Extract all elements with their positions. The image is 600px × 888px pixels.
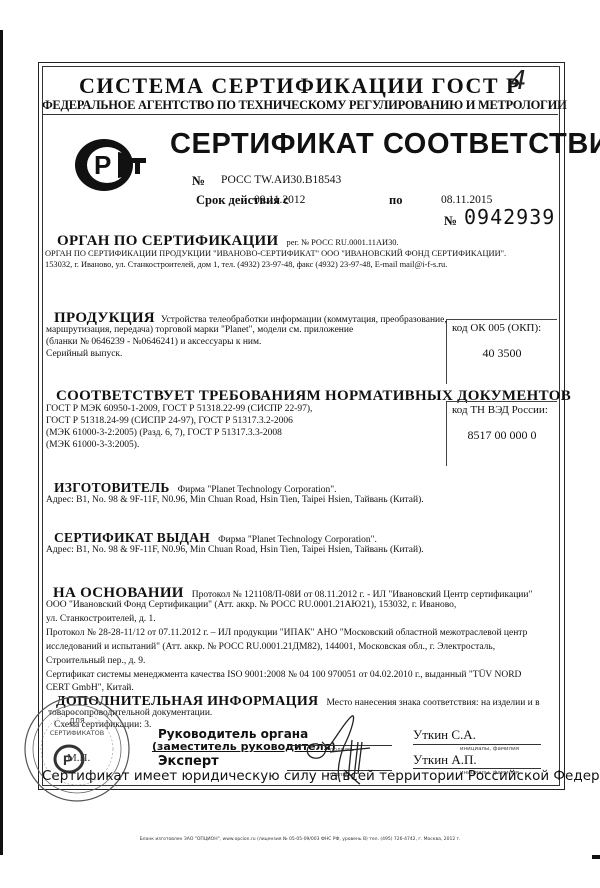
valid-to-label: по [389, 193, 402, 208]
compliance-line-3: (МЭК 61000-3-3:2005). [46, 439, 139, 451]
okp-code-value: 40 3500 [447, 346, 557, 361]
svg-text:ДЛЯ: ДЛЯ [69, 717, 85, 725]
additional-first-line: Место нанесения знака соответствия: на и… [326, 698, 539, 708]
product-line-3: Серийный выпуск. [46, 348, 122, 360]
scan-edge-right [592, 855, 600, 859]
basis-line-0: ООО "Ивановский Фонд Сертификации" (Атт.… [46, 599, 456, 611]
product-line-1: маршрутизация, передача) торговой марки … [46, 324, 353, 336]
header-divider [42, 114, 558, 115]
basis-line-3: исследований и испытаний" (Атт. аккр. № … [46, 641, 495, 653]
svg-text:Р: Р [94, 150, 111, 180]
rst-logo-icon: Р [74, 138, 148, 192]
certificate-number-label: № [192, 173, 205, 189]
issued-to-address: Адрес: B1, No. 98 & 9F-11F, N0.96, Min C… [46, 544, 424, 556]
certificate-number: РОСС TW.АИ30.В18543 [221, 174, 341, 186]
compliance-line-0: ГОСТ Р МЭК 60950-1-2009, ГОСТ Р 51318.22… [46, 403, 312, 415]
agency-name: ФЕДЕРАЛЬНОЕ АГЕНТСТВО ПО ТЕХНИЧЕСКОМУ РЕ… [42, 98, 558, 113]
expert-label: Эксперт [158, 754, 219, 769]
blank-number: 0942939 [464, 205, 555, 229]
valid-from: 09.11.2012 [254, 194, 305, 206]
tnved-code-value: 8517 00 000 0 [447, 428, 557, 443]
scan-edge-left [0, 30, 3, 855]
certification-body-name: ОРГАН ПО СЕРТИФИКАЦИИ ПРОДУКЦИИ "ИВАНОВО… [45, 248, 506, 259]
issued-to-title: СЕРТИФИКАТ ВЫДАН [54, 530, 210, 545]
printer-note: Бланк изготовлен ЗАО "ОПЦИОН", www.opcio… [0, 837, 600, 842]
certification-body-address: 153032, г. Иваново, ул. Станкостроителей… [45, 259, 447, 270]
basis-line-1: ул. Станкостроителей, д. 1. [46, 613, 156, 625]
stamp-label: М.П. [67, 752, 90, 764]
handwritten-mark: 4 [510, 66, 527, 96]
certification-body-reg: рег. № РОСС RU.0001.11АИ30. [287, 238, 399, 247]
basis-line-4: Строительный пер., д. 9. [46, 655, 145, 667]
expert-name: Уткин А.П. [413, 752, 477, 768]
product-line-2: (бланки № 0646239 - №0646241) и аксессуа… [46, 336, 261, 348]
basis-line-5: Сертификат системы менеджмента качества … [46, 669, 521, 681]
svg-text:СЕРТИФИКАТОВ: СЕРТИФИКАТОВ [50, 729, 104, 737]
compliance-line-1: ГОСТ Р 51318.24-99 (СИСПР 24-97), ГОСТ Р… [46, 415, 293, 427]
tnved-code-label: код ТН ВЭД России: [452, 404, 548, 416]
certification-body-title: ОРГАН ПО СЕРТИФИКАЦИИ [57, 233, 279, 249]
compliance-line-2: (МЭК 61000-3-2:2005) (Разд. 6, 7), ГОСТ … [46, 427, 282, 439]
head-name: Уткин С.А. [413, 727, 476, 743]
blank-number-label: № [444, 213, 457, 229]
okp-code-box: код ОК 005 (ОКП): 40 3500 [446, 319, 557, 384]
head-label: Руководитель органа [158, 727, 308, 741]
manufacturer-address: Адрес: B1, No. 98 & 9F-11F, N0.96, Min C… [46, 494, 424, 506]
legal-validity-note: Сертификат имеет юридическую силу на все… [42, 768, 558, 784]
certificate-title: СЕРТИФИКАТ СООТВЕТСТВИЯ [170, 128, 600, 161]
okp-code-label: код ОК 005 (ОКП): [452, 322, 541, 334]
tnved-code-box: код ТН ВЭД России: 8517 00 000 0 [446, 401, 557, 466]
manufacturer-title: ИЗГОТОВИТЕЛЬ [54, 480, 170, 495]
head-name-line [413, 744, 541, 745]
basis-line-2: Протокол № 28-28-11/12 от 07.11.2012 г. … [46, 627, 527, 639]
official-stamp-icon: ДЛЯ СЕРТИФИКАТОВ Р [23, 693, 131, 805]
